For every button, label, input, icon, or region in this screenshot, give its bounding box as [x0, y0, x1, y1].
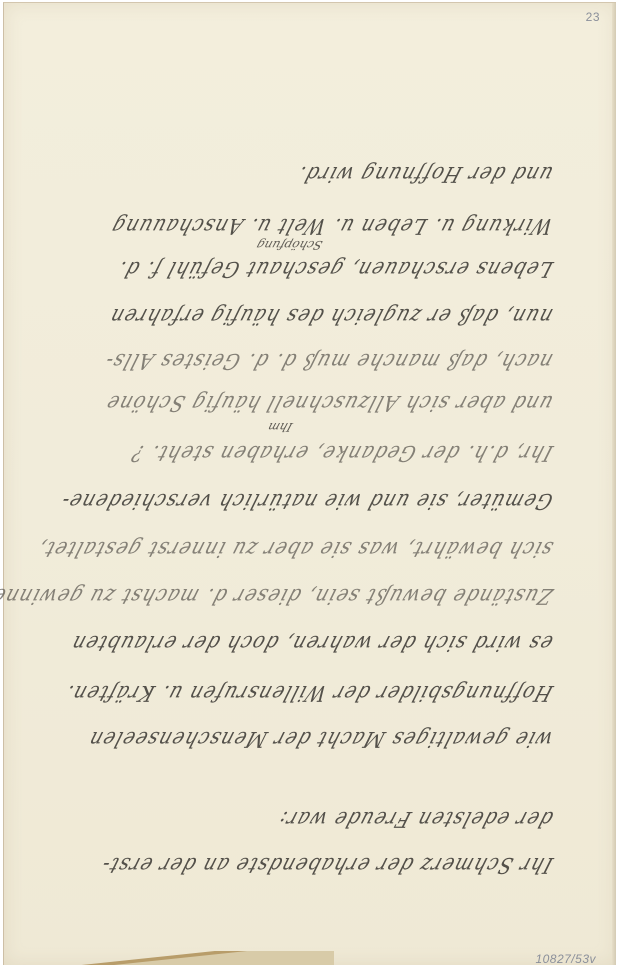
- handwritten-line: wie gewaltiges Macht der Menschenseelen: [85, 726, 556, 751]
- handwritten-line: der edelsten Freude war:: [275, 806, 556, 831]
- handwritten-line: und der Hoffnung wird.: [294, 161, 556, 186]
- handwritten-line: es wird sich der wahren, doch der erlaub…: [68, 630, 557, 655]
- interlinear-note: Schöpfung: [255, 238, 325, 252]
- handwritten-line: Gemüter, sie und wie natürlich verschied…: [57, 488, 556, 513]
- handwritten-line: Ihr, d.h. der Gedanke, erhaben steht. ?: [128, 440, 556, 465]
- interlinear-note: Ihm: [266, 420, 294, 434]
- handwritten-line: nun, daß er zugleich des häufig erfahren: [106, 303, 556, 328]
- handwritten-line: und aber sich Allzuschnell häufig Schöne: [102, 390, 556, 415]
- handwritten-line: Wirkung u. Leben u. Welt u. Anschauung: [107, 213, 556, 238]
- handwritten-line: nach, daß manche muß d. d. Geistes Alls-: [101, 348, 556, 373]
- handwritten-line: Ihr Schmerz der erhabendste an der erst-: [98, 852, 557, 877]
- handwritten-line: Lebens erschauen, geschaut Gefühl f. d.: [114, 256, 556, 281]
- handwritten-text-block: Ihr Schmerz der erhabendste an der erst-…: [0, 0, 622, 972]
- handwritten-line: Hoffnungsbilder der Willensrufen u. Kräf…: [61, 680, 556, 705]
- handwritten-line: sich bewährt, was sie aber zu innerst ge…: [34, 536, 556, 561]
- handwritten-line: Zustände bewußt sein, dieser d. machst z…: [0, 583, 556, 608]
